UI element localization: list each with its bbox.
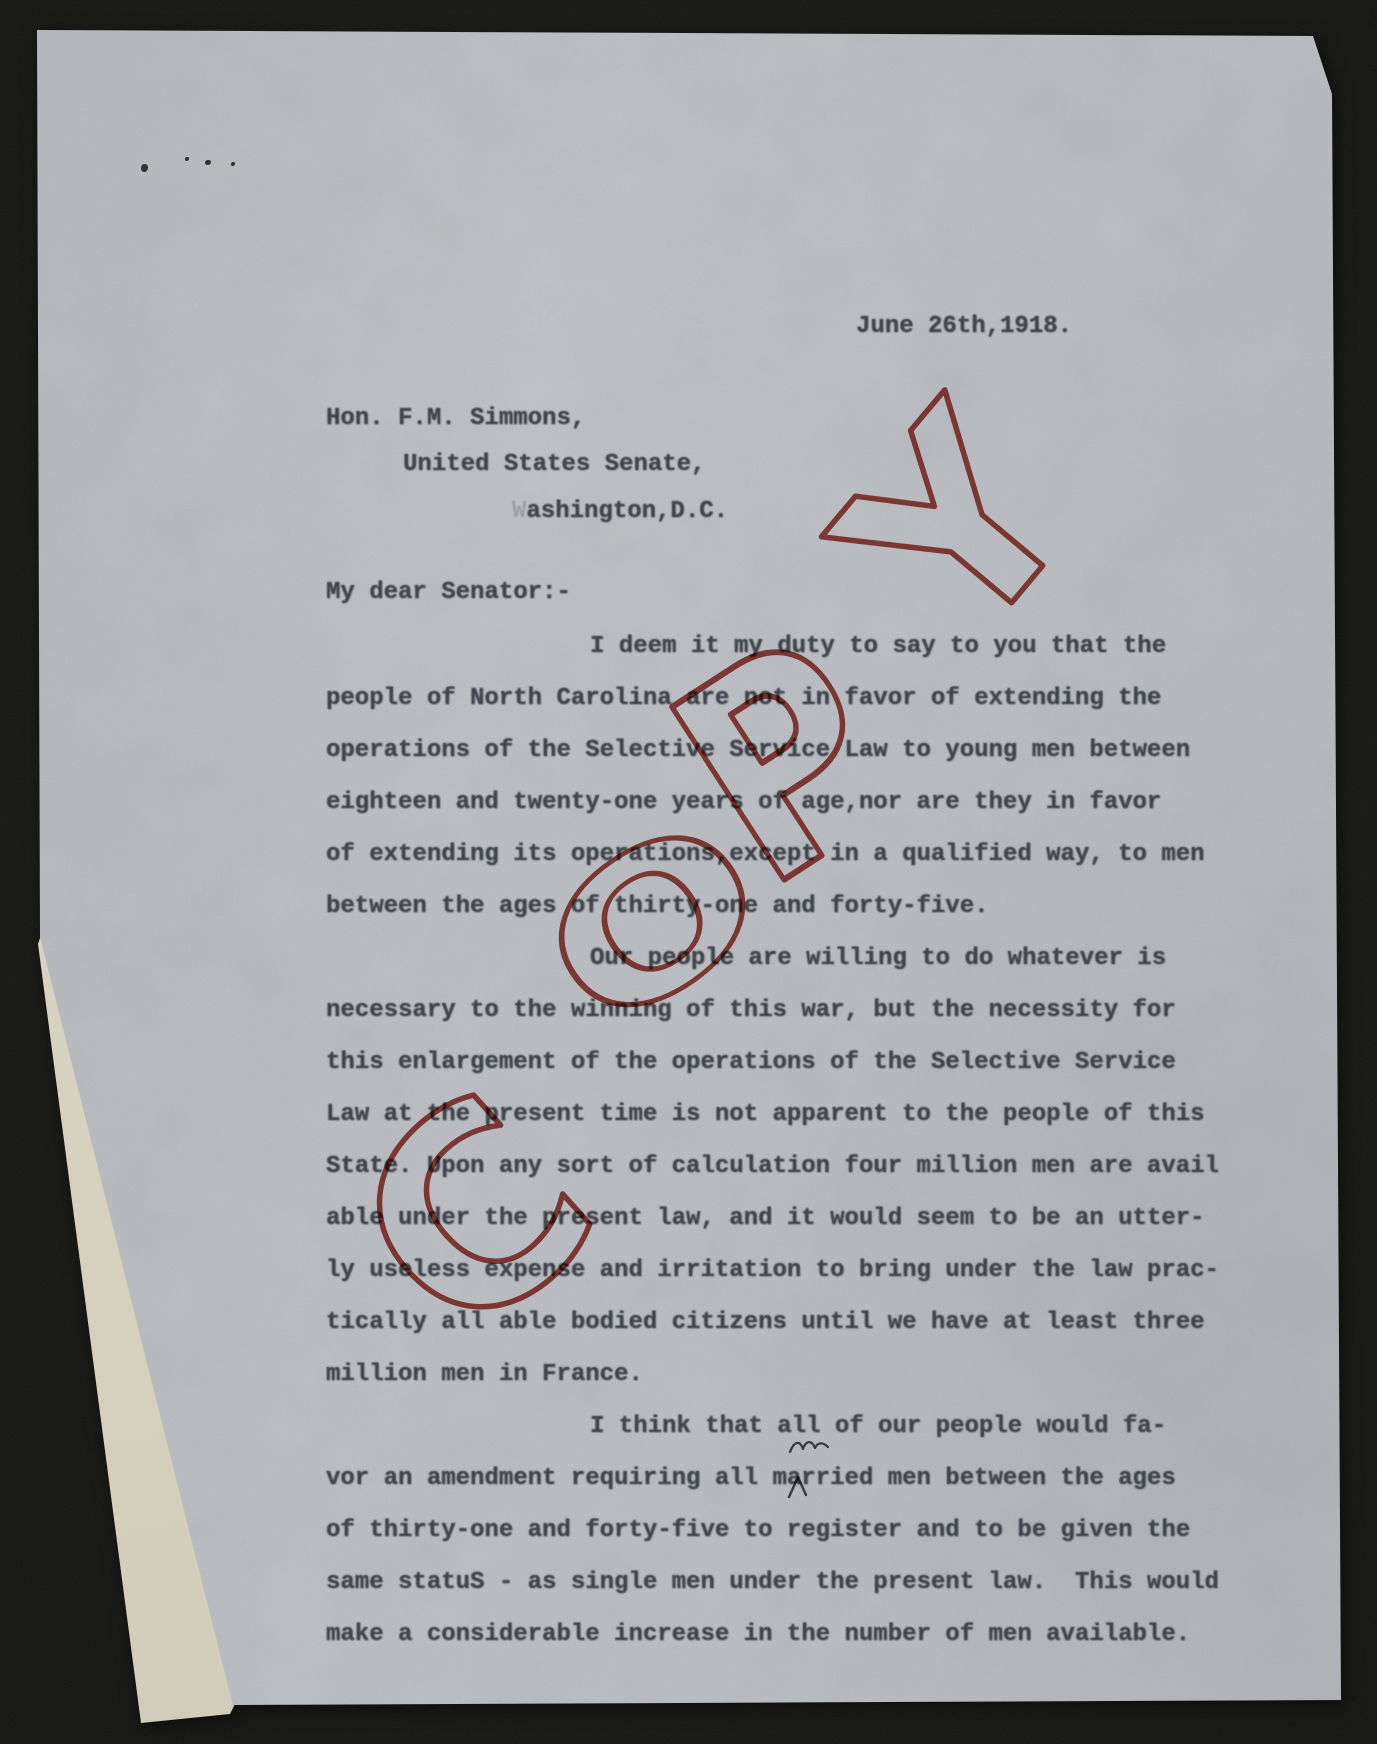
copy-stamp: COPY [298, 357, 1136, 1400]
stamp-letter-Y: Y [781, 357, 1135, 698]
stamp-letter-C: C [298, 1036, 653, 1399]
paper-stack: June 26th,1918.Hon. F.M. Simmons,United … [0, 0, 1377, 1744]
page: June 26th,1918.Hon. F.M. Simmons,United … [0, 0, 1377, 1744]
scanned-letter-photo: June 26th,1918.Hon. F.M. Simmons,United … [0, 0, 1377, 1744]
insertion-squiggle [790, 1442, 828, 1452]
handwritten-insertion-mark [789, 1442, 828, 1497]
copy-stamp-svg: COPY [0, 0, 1377, 1744]
insertion-caret [789, 1477, 806, 1497]
